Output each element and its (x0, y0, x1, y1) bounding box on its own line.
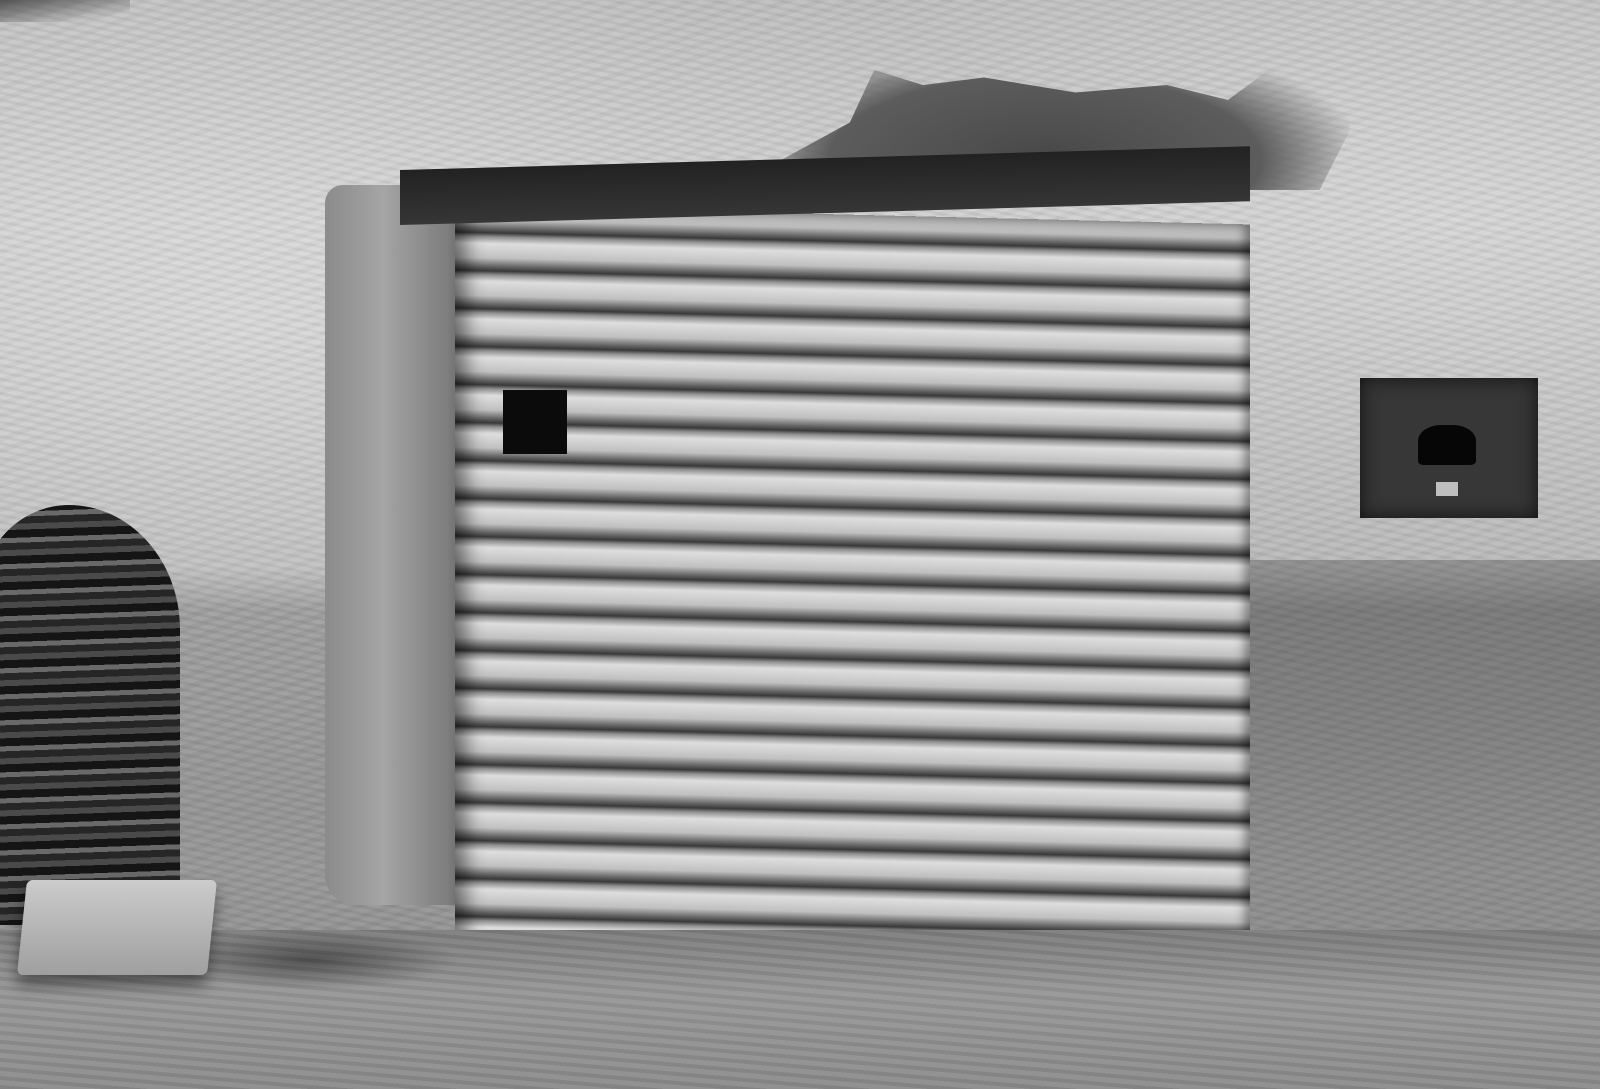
door-frame-left (325, 185, 470, 905)
shutter-slot (503, 390, 567, 454)
niche-opening (1418, 425, 1476, 465)
wall-stain (1245, 560, 1600, 940)
corrugated-shutter (455, 205, 1250, 994)
niche-highlight (1436, 482, 1458, 496)
wall-crack (0, 0, 130, 22)
photo-scene: Black-and-white photograph of a corrugat… (0, 0, 1600, 1089)
stone-block (17, 880, 217, 975)
stone-pile (0, 505, 180, 925)
